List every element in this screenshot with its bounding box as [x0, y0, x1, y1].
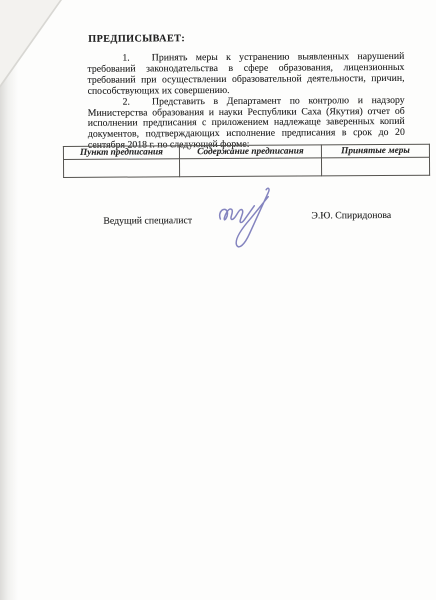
table-header-measures: Принятые меры: [321, 144, 429, 158]
page-title: ПРЕДПИСЫВАЕТ:: [88, 33, 185, 45]
paragraph-1-text: Принять меры к устранению выявленных нар…: [87, 51, 404, 97]
paragraph-2-text: Представить в Департамент по контролю и …: [88, 94, 405, 151]
paragraph-1: 1.Принять меры к устранению выявленных н…: [87, 52, 404, 98]
table-cell: [321, 157, 429, 176]
scanned-page: ПРЕДПИСЫВАЕТ: 1.Принять меры к устранени…: [0, 0, 436, 600]
paragraph-2-number: 2.: [123, 96, 130, 107]
table-header-item: Пункт предписания: [63, 146, 179, 160]
body-text: 1.Принять меры к устранению выявленных н…: [87, 52, 405, 152]
table-cell: [63, 159, 179, 178]
page-content: ПРЕДПИСЫВАЕТ: 1.Принять меры к устранени…: [0, 0, 436, 600]
table-header-content: Содержание предписания: [179, 145, 321, 159]
prescription-table: Пункт предписания Содержание предписания…: [63, 144, 430, 178]
table-cell: [179, 158, 321, 177]
handwritten-signature-icon: [203, 183, 303, 256]
table-row: [63, 157, 429, 177]
signatory-position: Ведущий специалист: [103, 215, 192, 227]
paragraph-1-number: 1.: [122, 53, 129, 64]
signatory-name: Э.Ю. Спиридонова: [311, 210, 391, 221]
